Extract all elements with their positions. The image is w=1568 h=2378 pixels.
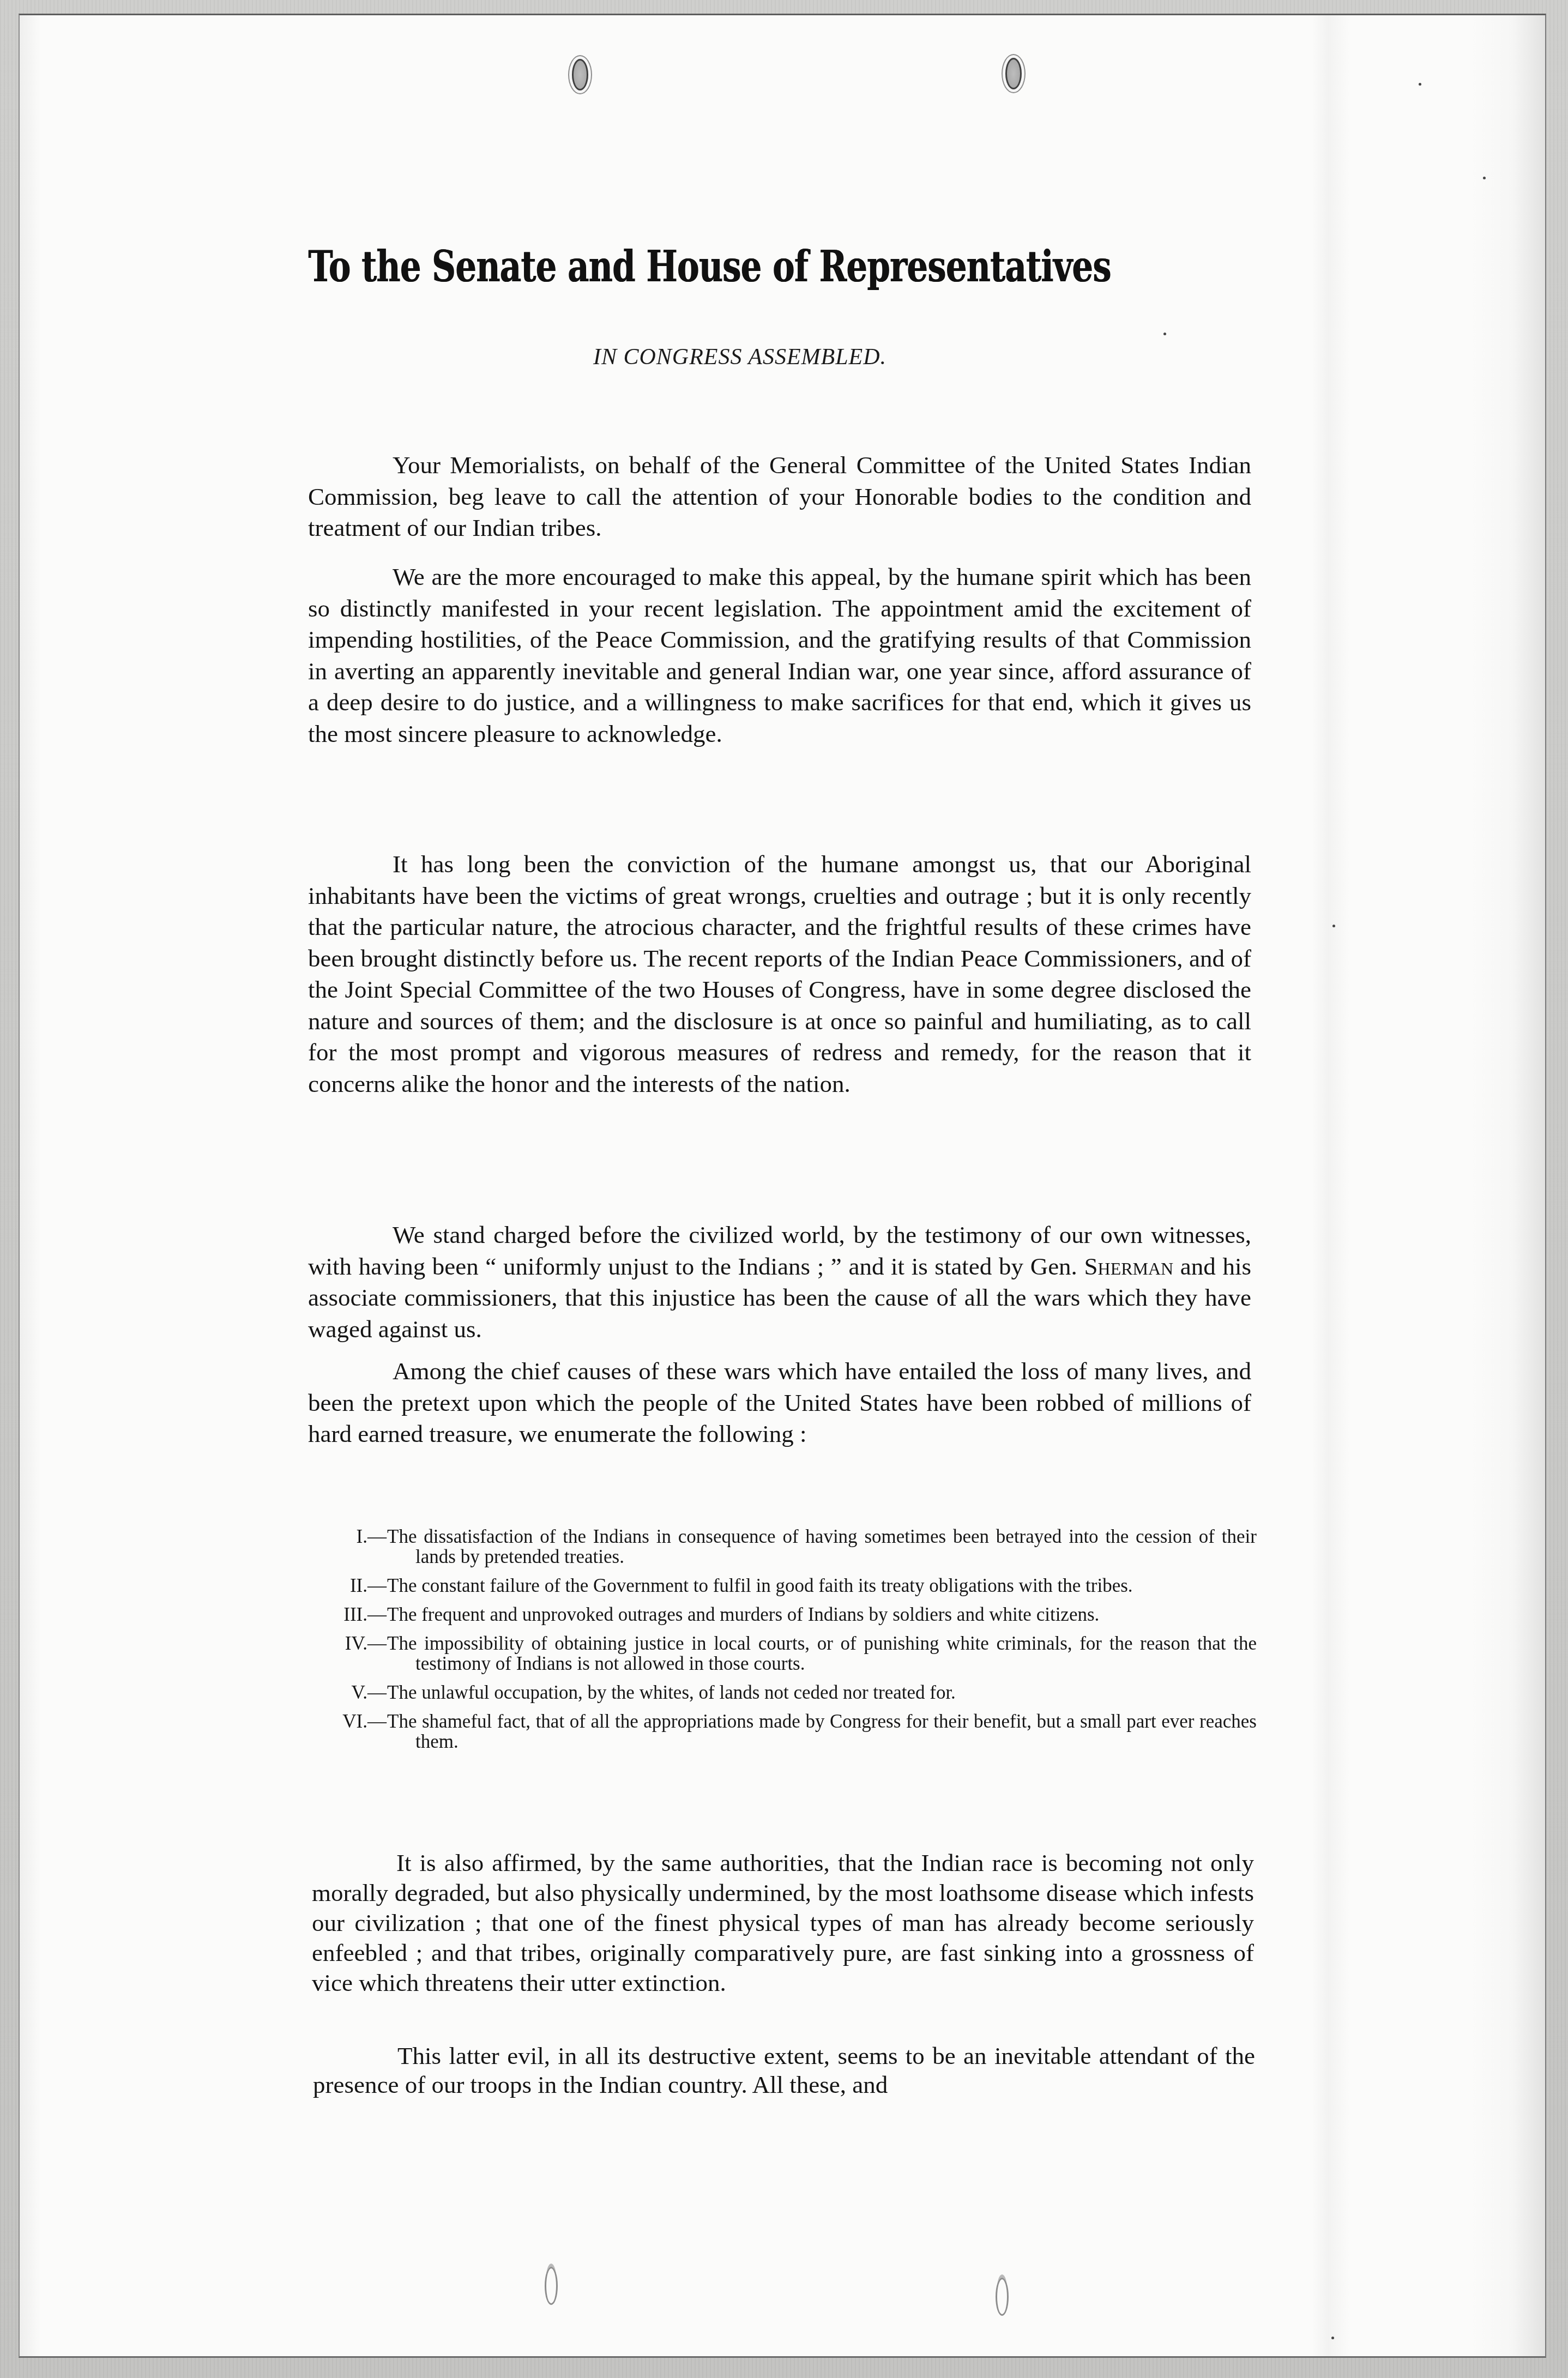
cause-item: IV.— The impossibility of obtaining just…: [327, 1633, 1257, 1674]
cause-text: The shameful fact, that of all the appro…: [415, 1711, 1257, 1752]
paper-speck: [1331, 2337, 1334, 2339]
cause-item: III.— The frequent and unprovoked outrag…: [327, 1604, 1257, 1625]
cause-item: I.— The dissatisfaction of the Indians i…: [327, 1526, 1257, 1567]
paragraph-memorialists: Your Memorialists, on behalf of the Gene…: [308, 450, 1251, 544]
cause-dash: —: [367, 1576, 387, 1596]
cause-numeral: II.: [327, 1576, 367, 1596]
document-subtitle: IN CONGRESS ASSEMBLED.: [593, 343, 975, 371]
cause-text: The impossibility of obtaining justice i…: [415, 1633, 1257, 1674]
cause-numeral: I.: [327, 1526, 367, 1547]
paragraph-charged: We stand charged before the civilized wo…: [308, 1220, 1251, 1345]
cause-dash: —: [367, 1526, 387, 1547]
paper-speck: [1419, 83, 1421, 86]
cause-text: The frequent and unprovoked outrages and…: [415, 1604, 1257, 1625]
paragraph-affirmed: It is also affirmed, by the same authori…: [312, 1848, 1254, 1998]
paragraph-conviction: It has long been the conviction of the h…: [308, 849, 1251, 1100]
cause-numeral: IV.: [327, 1633, 367, 1653]
paper-speck: [1483, 177, 1486, 179]
punch-hole-icon: [1005, 58, 1022, 89]
cause-item: V.— The unlawful occupation, by the whit…: [327, 1682, 1257, 1703]
cause-numeral: V.: [327, 1682, 367, 1703]
document-title: To the Senate and House of Representativ…: [308, 240, 958, 294]
cause-dash: —: [367, 1604, 387, 1625]
cause-item: II.— The constant failure of the Governm…: [327, 1576, 1257, 1596]
cause-text: The constant failure of the Government t…: [415, 1576, 1257, 1596]
name-sherman: Sherman: [1084, 1253, 1174, 1280]
cause-numeral: VI.: [327, 1711, 367, 1731]
cause-item: VI.— The shameful fact, that of all the …: [327, 1711, 1257, 1752]
paragraph-encouraged: We are the more encouraged to make this …: [308, 562, 1251, 750]
punch-hole-icon: [996, 2278, 1009, 2316]
cause-numeral: III.: [327, 1604, 367, 1625]
paper-speck: [1332, 925, 1335, 927]
causes-list: I.— The dissatisfaction of the Indians i…: [327, 1526, 1257, 1760]
paragraph-causes-intro: Among the chief causes of these wars whi…: [308, 1356, 1251, 1450]
cause-dash: —: [367, 1711, 387, 1731]
paragraph-latter-evil: This latter evil, in all its destructive…: [313, 2042, 1255, 2099]
paper-speck: [1163, 333, 1166, 335]
cause-text: The unlawful occupation, by the whites, …: [415, 1682, 1257, 1703]
cause-dash: —: [367, 1633, 387, 1653]
punch-hole-icon: [545, 2267, 558, 2305]
cause-dash: —: [367, 1682, 387, 1703]
punch-hole-icon: [572, 59, 588, 90]
cause-text: The dissatisfaction of the Indians in co…: [415, 1526, 1257, 1567]
